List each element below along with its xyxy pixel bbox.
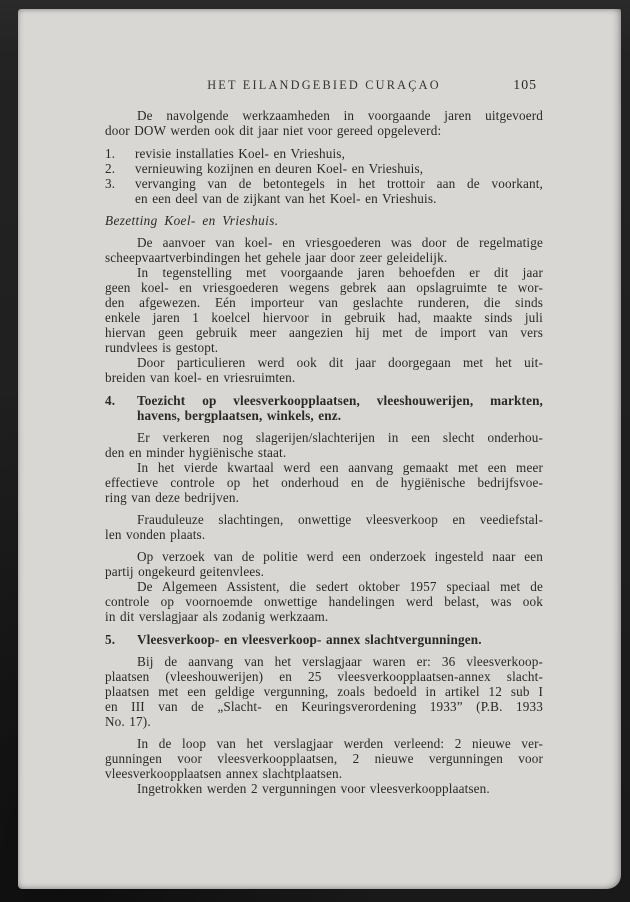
text-line: revisie installaties Koel- en Vrieshuis, [135, 146, 543, 161]
text-line: Frauduleuze slachtingen, onwettige vlees… [105, 512, 543, 527]
list-item: 1.revisie installaties Koel- en Vrieshui… [105, 146, 543, 161]
list-item-number: 2. [105, 161, 135, 176]
text-line: havens, bergplaatsen, winkels, enz. [137, 408, 543, 423]
paragraph: Door particulieren werd ook dit jaar doo… [105, 355, 543, 385]
text-line: rundvlees is gestopt. [105, 340, 543, 355]
text-line: In de loop van het verslagjaar werden ve… [105, 736, 543, 751]
text-line: en een deel van de zijkant van het Koel-… [135, 191, 543, 206]
page-number: 105 [513, 77, 537, 93]
numbered-list: 1.revisie installaties Koel- en Vrieshui… [105, 146, 543, 206]
text-line: len vonden plaats. [105, 527, 543, 542]
text-line: effectieve controle op het onderhoud en … [105, 475, 543, 490]
text-line: controle op voornoemde onwettige handeli… [105, 594, 543, 609]
paragraph: De navolgende werkzaamheden in voorgaand… [105, 108, 543, 138]
text-line: Door particulieren werd ook dit jaar doo… [105, 355, 543, 370]
list-item-number: 1. [105, 146, 135, 161]
section-heading-text: Vleesverkoop- en vleesverkoop- annex sla… [137, 632, 543, 647]
text-line: scheepvaartverbindingen het gehele jaar … [105, 250, 543, 265]
document-page: HET EILANDGEBIED CURAÇAO 105 De navolgen… [18, 9, 621, 889]
text-line: Er verkeren nog slagerijen/slachterijen … [105, 430, 543, 445]
section-heading-text: Toezicht op vleesverkoopplaatsen, vleesh… [137, 393, 543, 423]
text-line: den afgewezen. Eén importeur van geslach… [105, 295, 543, 310]
text-line: No. 17). [105, 714, 543, 729]
text-line: De navolgende werkzaamheden in voorgaand… [105, 108, 543, 123]
paragraph: Frauduleuze slachtingen, onwettige vlees… [105, 512, 543, 542]
text-line: geen koel- en vriesgoederen wegens gebre… [105, 280, 543, 295]
paragraph: Er verkeren nog slagerijen/slachterijen … [105, 430, 543, 460]
paragraph: In het vierde kwartaal werd een aanvang … [105, 460, 543, 505]
scan-background: HET EILANDGEBIED CURAÇAO 105 De navolgen… [0, 0, 630, 902]
paragraph: Op verzoek van de politie werd een onder… [105, 549, 543, 579]
page-header: HET EILANDGEBIED CURAÇAO 105 [105, 78, 543, 93]
text-line: enkele jaren 1 koelcel hiervoor in gebru… [105, 310, 543, 325]
text-line: De Algemeen Assistent, die sedert oktobe… [105, 579, 543, 594]
text-line: Ingetrokken werden 2 vergunningen voor v… [105, 781, 543, 796]
text-line: plaatsen met een geldige vergunning, zoa… [105, 684, 543, 699]
text-line: In het vierde kwartaal werd een aanvang … [105, 460, 543, 475]
list-item-text: vervanging van de betontegels in het tro… [135, 176, 543, 206]
text-line: vernieuwing kozijnen en deuren Koel- en … [135, 161, 543, 176]
list-item: 3.vervanging van de betontegels in het t… [105, 176, 543, 206]
text-line: vleesverkoopplaatsen annex slachtplaatse… [105, 766, 543, 781]
paragraph: Ingetrokken werden 2 vergunningen voor v… [105, 781, 543, 796]
text-line: Bij de aanvang van het verslagjaar waren… [105, 654, 543, 669]
text-line: in dit verslagjaar als zodanig werkzaam. [105, 609, 543, 624]
paragraph: De aanvoer van koel- en vriesgoederen wa… [105, 235, 543, 265]
paragraph: De Algemeen Assistent, die sedert oktobe… [105, 579, 543, 624]
section-heading: 4.Toezicht op vleesverkoopplaatsen, vlee… [105, 393, 543, 423]
text-line: en III van de „Slacht- en Keuringsverord… [105, 699, 543, 714]
subsection-heading: Bezetting Koel- en Vrieshuis. [105, 213, 543, 228]
text-line: Toezicht op vleesverkoopplaatsen, vleesh… [137, 393, 543, 408]
list-item-number: 3. [105, 176, 135, 206]
text-line: vervanging van de betontegels in het tro… [135, 176, 543, 191]
text-line: ring van deze bedrijven. [105, 490, 543, 505]
section-heading: 5.Vleesverkoop- en vleesverkoop- annex s… [105, 632, 543, 647]
section-number: 4. [105, 393, 137, 423]
text-line: Op verzoek van de politie werd een onder… [105, 549, 543, 564]
text-line: hiervan geen gebruik meer aangezien hij … [105, 325, 543, 340]
list-item-text: vernieuwing kozijnen en deuren Koel- en … [135, 161, 543, 176]
paragraph: In de loop van het verslagjaar werden ve… [105, 736, 543, 781]
page-content: De navolgende werkzaamheden in voorgaand… [105, 108, 543, 796]
list-item: 2.vernieuwing kozijnen en deuren Koel- e… [105, 161, 543, 176]
text-line: partij ongekeurd geitenvlees. [105, 564, 543, 579]
paragraph: In tegenstelling met voorgaande jaren be… [105, 265, 543, 355]
text-line: plaatsen (vleeshouwerijen) en 25 vleesve… [105, 669, 543, 684]
running-title: HET EILANDGEBIED CURAÇAO [105, 78, 543, 93]
paragraph: Bij de aanvang van het verslagjaar waren… [105, 654, 543, 729]
text-line: In tegenstelling met voorgaande jaren be… [105, 265, 543, 280]
text-line: door DOW werden ook dit jaar niet voor g… [105, 123, 543, 138]
text-line: De aanvoer van koel- en vriesgoederen wa… [105, 235, 543, 250]
section-number: 5. [105, 632, 137, 647]
text-line: Vleesverkoop- en vleesverkoop- annex sla… [137, 632, 543, 647]
text-line: den en minder hygiënische staat. [105, 445, 543, 460]
text-line: gunningen voor vleesverkoopplaatsen, 2 n… [105, 751, 543, 766]
text-line: breiden van koel- en vriesruimten. [105, 370, 543, 385]
list-item-text: revisie installaties Koel- en Vrieshuis, [135, 146, 543, 161]
